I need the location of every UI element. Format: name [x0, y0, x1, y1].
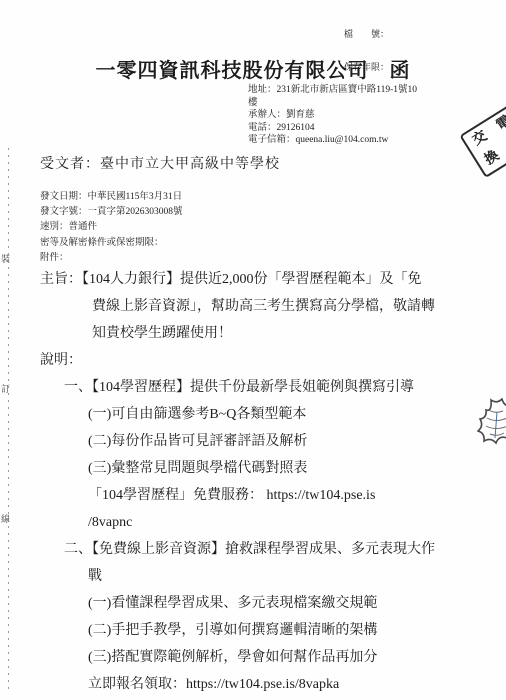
doc-number-line: 發文字號：一貢字第2026303008號	[40, 205, 183, 220]
sub-item-line: (一)看懂課程學習成果、多元表現檔案繳交規範	[40, 590, 470, 617]
binding-mark-xian: 線	[1, 512, 10, 525]
item-two-line: 戰	[40, 563, 470, 590]
sender-info-block: 地址：231新北市新店區寶中路119-1號10 樓 承辦人：劉育慈 電話：291…	[248, 84, 417, 147]
binding-dashed-line	[8, 148, 9, 693]
sender-phone: 電話：29126104	[248, 122, 417, 135]
item-two-line: 二、【免費線上影音資源】搶救課程學習成果、多元表現大作	[40, 536, 470, 563]
speed-class-line: 速別：普通件	[40, 220, 183, 235]
sub-item-line: (三)彙整常見問題與學檔代碼對照表	[40, 455, 470, 482]
recipient-line: 受文者：臺中市立大甲高級中等學校	[40, 153, 280, 173]
file-number-label: 檔 號：	[344, 29, 389, 40]
sender-contact-person: 承辦人：劉育慈	[248, 109, 417, 122]
service-url-line: 「104學習歷程」免費服務： https://tw104.pse.is	[40, 482, 470, 509]
official-letter-page: 檔 號： 保存年限： 一零四資訊科技股份有限公司 函 地址：231新北市新店區寶…	[0, 0, 506, 700]
signup-url-line: 立即報名領取：https://tw104.pse.is/8vapka	[40, 671, 470, 698]
seal-stamp	[477, 398, 506, 460]
binding-mark-zhuang: 裝	[1, 252, 10, 265]
letter-body: 主旨：【104人力銀行】提供近2,000份「學習歷程範本」及「免 費線上影音資源…	[40, 266, 470, 698]
document-meta-block: 發文日期：中華民國115年3月31日 發文字號：一貢字第2026303008號 …	[40, 190, 183, 266]
attachment-line: 附件：	[40, 251, 183, 266]
stamp-char: 電	[494, 114, 506, 133]
sub-item-line: (三)搭配實際範例解析，學會如何幫作品再加分	[40, 644, 470, 671]
sender-email: 電子信箱：queena.liu@104.com.tw	[248, 134, 417, 147]
stamp-char: 交	[470, 129, 489, 148]
item-one-line: 一、【104學習歷程】提供千份最新學長姐範例與撰寫引導	[40, 374, 470, 401]
issue-date-line: 發文日期：中華民國115年3月31日	[40, 190, 183, 205]
explanation-label: 說明：	[40, 347, 470, 374]
stamp-char: 換	[483, 149, 502, 168]
subject-line: 費線上影音資源」，幫助高三考生撰寫高分學檔，敬請轉	[40, 293, 470, 320]
electronic-exchange-stamp: 交 電 換 子	[459, 104, 506, 178]
security-class-line: 密等及解密條件或保密期限：	[40, 236, 183, 251]
sender-address-line1: 地址：231新北市新店區寶中路119-1號10	[248, 84, 417, 97]
binding-mark-ding: 訂	[1, 382, 10, 395]
subject-line: 知貴校學生踴躍使用！	[40, 320, 470, 347]
subject-line: 主旨：【104人力銀行】提供近2,000份「學習歷程範本」及「免	[40, 266, 470, 293]
sub-item-line: (二)每份作品皆可見評審評語及解析	[40, 428, 470, 455]
sub-item-line: (二)手把手教學，引導如何撰寫邏輯清晰的架構	[40, 617, 470, 644]
document-title: 一零四資訊科技股份有限公司 函	[0, 54, 506, 83]
sender-address-line2: 樓	[248, 97, 417, 110]
service-url-line: /8vapnc	[40, 509, 470, 536]
sub-item-line: (一)可自由篩選參考B~Q各類型範本	[40, 401, 470, 428]
